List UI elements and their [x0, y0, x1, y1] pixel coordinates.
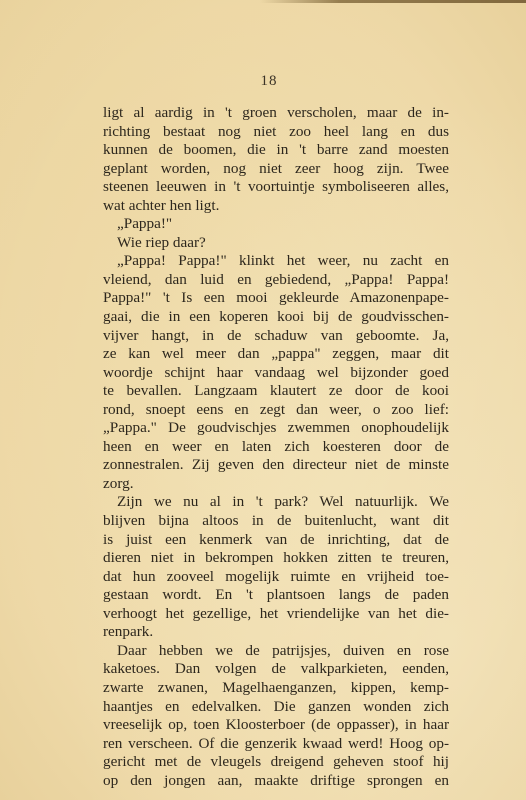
text-line: blijven bijna altoos in de buitenlucht, …	[103, 512, 449, 531]
text-line: gestaan wordt. En 't plantsoen langs de …	[103, 586, 449, 605]
text-line: ze kan wel meer dan „pappa" zeggen, maar…	[103, 345, 449, 364]
text-line: dieren niet in bekrompen hokken zitten t…	[103, 549, 449, 568]
text-line: zwarte zwanen, Magelhaenganzen, kippen, …	[103, 679, 449, 698]
text-line: zorg.	[103, 475, 449, 494]
body-text: ligt al aardig in 't groen verscholen, m…	[103, 104, 449, 790]
text-line: vleiend, dan luid en gebiedend, „Pappa! …	[103, 271, 449, 290]
text-line: haantjes en edelvalken. Die ganzen wonde…	[103, 698, 449, 717]
text-line: kaketoes. Dan volgen de valkparkieten, e…	[103, 660, 449, 679]
text-line: vijver hangt, in de schaduw van geboomte…	[103, 327, 449, 346]
text-line: heen en weer en laten zich koesteren doo…	[103, 438, 449, 457]
text-line: „Pappa." De goudvischjes zwemmen onophou…	[103, 419, 449, 438]
text-line: is juist een kenmerk van de inrichting, …	[103, 531, 449, 550]
text-line: ren verscheen. Of die genzerik kwaad wer…	[103, 735, 449, 754]
text-line: steenen leeuwen in 't voortuintje symbol…	[103, 178, 449, 197]
page-top-edge-shadow	[260, 0, 526, 3]
book-page: 18 ligt al aardig in 't groen verscholen…	[0, 0, 526, 800]
text-line: rond, snoept eens en zegt dan weer, o zo…	[103, 401, 449, 420]
text-line: wat achter hen ligt.	[103, 197, 449, 216]
text-line: verhoogt het gezellige, het vriendelijke…	[103, 605, 449, 624]
text-line: dat hun zooveel mogelijk ruimte en vrijh…	[103, 568, 449, 587]
page-number: 18	[0, 73, 526, 90]
text-line: vreeselijk op, toen Kloosterboer (de opp…	[103, 716, 449, 735]
text-line: renpark.	[103, 623, 449, 642]
text-line: Daar hebben we de patrijsjes, duiven en …	[103, 642, 449, 661]
text-line: woordje schijnt haar vandaag wel bijzond…	[103, 364, 449, 383]
text-line: gaai, die in een koperen kooi bij de gou…	[103, 308, 449, 327]
text-line: te bevallen. Langzaam klautert ze door d…	[103, 382, 449, 401]
text-line: „Pappa!"	[103, 215, 449, 234]
text-line: gericht met de vleugels dreigend geheven…	[103, 753, 449, 772]
text-line: Wie riep daar?	[103, 234, 449, 253]
text-line: op den jongen aan, maakte driftige spron…	[103, 772, 449, 791]
text-line: richting bestaat nog niet zoo heel lang …	[103, 123, 449, 142]
text-line: geplant worden, nog niet zeer hoog zijn.…	[103, 160, 449, 179]
text-line: kunnen de boomen, die in 't barre zand m…	[103, 141, 449, 160]
text-line: zonnestralen. Zij geven den directeur ni…	[103, 456, 449, 475]
text-line: „Pappa! Pappa!" klinkt het weer, nu zach…	[103, 252, 449, 271]
text-line: Zijn we nu al in 't park? Wel natuurlijk…	[103, 493, 449, 512]
text-line: Pappa!" 't Is een mooi gekleurde Amazone…	[103, 289, 449, 308]
text-line: ligt al aardig in 't groen verscholen, m…	[103, 104, 449, 123]
